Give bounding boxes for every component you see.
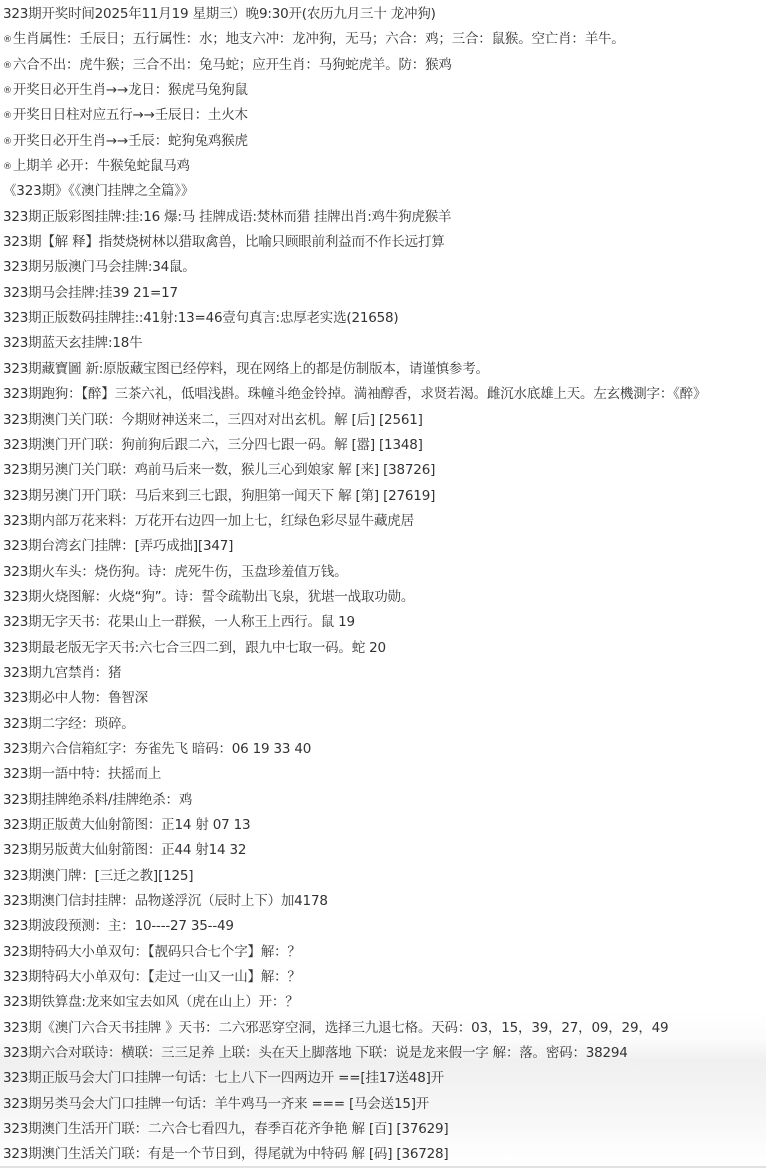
entry-line: 323期澳门牌：[三迁之教][125] xyxy=(3,864,766,889)
attribute-line: ®开奖日必开生肖→→龙日：猴虎马兔狗鼠 xyxy=(3,78,766,103)
entry-line: 323期铁算盘:龙来如宝去如风（虎在山上）开：？ xyxy=(3,990,766,1015)
entry-line: 323期正版黄大仙射箭图：正14 射 07 13 xyxy=(3,813,766,838)
attribute-line: ®生肖属性：壬辰日；五行属性：水；地支六冲：龙冲狗，无马；六合：鸡；三合：鼠猴。… xyxy=(3,27,766,52)
entry-line: 323期必中人物：鲁智深 xyxy=(3,686,766,711)
registered-mark-bullet-icon: ® xyxy=(3,162,12,172)
entry-line: 323期马会挂牌:挂39 21=17 xyxy=(3,281,766,306)
entry-line: 323期【解 释】指焚烧树林以猎取禽兽，比喻只顾眼前利益而不作长远打算 xyxy=(3,230,766,255)
entry-line: 323期二字经：琐碎。 xyxy=(3,712,766,737)
entry-line: 323期正版马会大门口挂牌一句话：七上八下一四两边开 ==[挂17送48]开 xyxy=(3,1066,766,1091)
entry-line: 323期澳门关门联：今期财神送来二，三四对对出玄机。解 [后] [2561] xyxy=(3,408,766,433)
attribute-line: ®开奖日日柱对应五行→→壬辰日：土火木 xyxy=(3,103,766,128)
registered-mark-bullet-icon: ® xyxy=(3,86,12,96)
entry-line: 323期火车头：烧伤狗。诗：虎死牛伤，玉盘珍羞值万钱。 xyxy=(3,560,766,585)
entry-line: 323期另澳门开门联：马后来到三七跟，狗胆第一闻天下 解 [第] [27619] xyxy=(3,484,766,509)
entry-line: 323期特码大小单双句：【靓码只合七个字】解：？ xyxy=(3,940,766,965)
attribute-line: ®上期羊 必开：牛猴兔蛇鼠马鸡 xyxy=(3,154,766,179)
entry-line: 323期正版数码挂牌挂::41射:13=46壹句真言:忠厚老实选(21658) xyxy=(3,306,766,331)
entry-line: 323期火烧图解：火烧“狗”。诗：誓令疏勒出飞泉，犹堪一战取功勋。 xyxy=(3,585,766,610)
entry-line: 323期内部万花来料：万花开右边四一加上七，红绿色彩尽显牛藏虎居 xyxy=(3,509,766,534)
attribute-text: 开奖日必开生肖→→壬辰：蛇狗兔鸡猴虎 xyxy=(13,133,248,149)
entry-line: 323期另类马会大门口挂牌一句话：羊牛鸡马一齐来 === [马会送15]开 xyxy=(3,1092,766,1117)
entry-line: 323期《澳门六合天书挂牌 》天书：二六邪恶穿空洞，选择三九退七格。天码：03，… xyxy=(3,1016,766,1041)
entry-line: 323期最老版无字天书:六七合三四二到，跟九中七取一码。蛇 20 xyxy=(3,636,766,661)
section-title: 《323期》《《澳门挂牌之全篇》》 xyxy=(3,179,766,204)
attribute-text: 六合不出：虎牛猴；三合不出：兔马蛇；应开生肖：马狗蛇虎羊。防：猴鸡 xyxy=(13,57,452,73)
attribute-line: ®六合不出：虎牛猴；三合不出：兔马蛇；应开生肖：马狗蛇虎羊。防：猴鸡 xyxy=(3,53,766,78)
entry-line: 323期特码大小单双句：【走过一山又一山】解：？ xyxy=(3,965,766,990)
entry-line: 323期六合对联诗：横联：三三足养 上联：头在天上脚落地 下联：说是龙来假一字 … xyxy=(3,1041,766,1066)
entry-line: 323期九宫禁肖：猪 xyxy=(3,661,766,686)
registered-mark-bullet-icon: ® xyxy=(3,111,12,121)
entry-line: 323期澳门信封挂牌：品物遂浮沉（辰时上下）加4178 xyxy=(3,889,766,914)
entry-line: 323期一語中特：扶摇而上 xyxy=(3,762,766,787)
document-page: 323期开奖时间2025年11月19 星期三）晚9:30开(农历九月三十 龙冲狗… xyxy=(0,0,766,1171)
entry-line: 323期另澳门关门联：鸡前马后来一数，猴儿三心到娘家 解 [来] [38726] xyxy=(3,458,766,483)
registered-mark-bullet-icon: ® xyxy=(3,137,12,147)
attribute-text: 开奖日必开生肖→→龙日：猴虎马兔狗鼠 xyxy=(13,82,248,98)
entry-line: 323期澳门生活关门联：有是一个节日到，得尾就为中特码 解 [码] [36728… xyxy=(3,1142,766,1167)
entry-line: 323期挂牌绝杀料/挂牌绝杀：鸡 xyxy=(3,788,766,813)
draw-time-title: 323期开奖时间2025年11月19 星期三）晚9:30开(农历九月三十 龙冲狗… xyxy=(3,2,766,27)
entry-line: 323期波段预测：主：10----27 35--49 xyxy=(3,914,766,939)
attribute-line: ®开奖日必开生肖→→壬辰：蛇狗兔鸡猴虎 xyxy=(3,129,766,154)
entry-line: 323期六合信箱紅字：夯雀先飞 暗码：06 19 33 40 xyxy=(3,737,766,762)
attribute-text: 生肖属性：壬辰日；五行属性：水；地支六冲：龙冲狗，无马；六合：鸡；三合：鼠猴。空… xyxy=(13,31,625,47)
entry-line: 323期正版彩图挂牌:挂:16 爆:马 挂牌成语:焚林而猎 挂牌出肖:鸡牛狗虎猴… xyxy=(3,205,766,230)
document-content: 323期开奖时间2025年11月19 星期三）晚9:30开(农历九月三十 龙冲狗… xyxy=(0,0,766,1168)
registered-mark-bullet-icon: ® xyxy=(3,61,12,71)
entry-line: 323期另版黄大仙射箭图：正44 射14 32 xyxy=(3,838,766,863)
attribute-text: 开奖日日柱对应五行→→壬辰日：土火木 xyxy=(13,107,248,123)
entry-line: 323期澳门开门联：狗前狗后跟二六，三分四七跟一码。解 [嚣] [1348] xyxy=(3,433,766,458)
entry-line: 323期藏寶圖 新:原版藏宝图已经停料，现在网络上的都是仿制版本，请谨慎参考。 xyxy=(3,357,766,382)
attribute-text: 上期羊 必开：牛猴兔蛇鼠马鸡 xyxy=(13,158,190,174)
entry-line: 323期无字天书：花果山上一群猴，一人称王上西行。鼠 19 xyxy=(3,610,766,635)
entry-line: 323期澳门生活开门联：二六合七看四九，春季百花齐争艳 解 [百] [37629… xyxy=(3,1117,766,1142)
entry-line: 323期跑狗：【醉】三茶六礼，低唱浅斟。珠幢斗绝金铃掉。満袖醇香，求贤若渴。雌沉… xyxy=(3,382,766,407)
entry-line: 323期台湾玄门挂牌：[弄巧成拙][347] xyxy=(3,534,766,559)
entry-line: 323期另版澳门马会挂牌:34鼠。 xyxy=(3,255,766,280)
registered-mark-bullet-icon: ® xyxy=(3,35,12,45)
entry-line: 323期蓝天玄挂牌:18牛 xyxy=(3,331,766,356)
